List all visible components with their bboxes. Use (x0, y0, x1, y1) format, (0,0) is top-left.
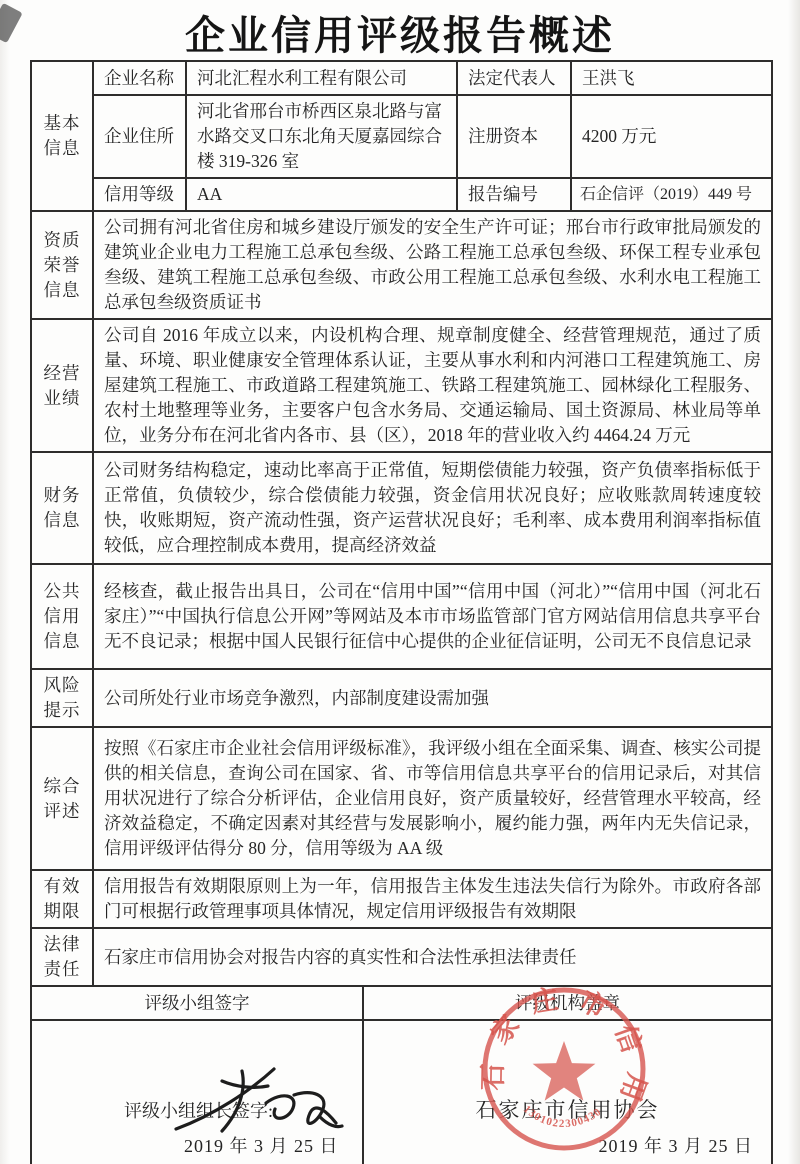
section-label-financial-info: 财务信息 (31, 452, 93, 564)
field-label-company-address: 企业住所 (93, 95, 186, 178)
field-value-company-address: 河北省邢台市桥西区泉北路与富水路交叉口东北角天厦嘉园综合楼 319-326 室 (186, 95, 457, 178)
section-label-validity-period: 有效期限 (31, 870, 93, 928)
table-row: 经营业绩 公司自 2016 年成立以来，内设机构合理、规章制度健全、经营管理规范… (31, 319, 772, 452)
section-label-business-performance: 经营业绩 (31, 319, 93, 452)
field-label-company-name: 企业名称 (93, 61, 186, 95)
field-label-credit-grade: 信用等级 (93, 178, 186, 211)
section-label-public-credit-info: 公共信用信息 (31, 564, 93, 669)
section-content-comprehensive-review: 按照《石家庄市企业社会信用评级标准》，我评级小组在全面采集、调查、核实公司提供的… (93, 727, 772, 870)
report-table: 基本信息 企业名称 河北汇程水利工程有限公司 法定代表人 王洪飞 企业住所 河北… (30, 60, 773, 1164)
table-row: 评级小组组长签字: 2019 年 3 月 25 日 石家庄市信用协会 2019 … (31, 1020, 772, 1164)
section-content-risk-warning: 公司所处行业市场竞争激烈，内部制度建设需加强 (93, 669, 772, 727)
section-content-public-credit-info: 经核查，截止报告出具日，公司在“信用中国”“信用中国（河北）”“信用中国（河北石… (93, 564, 772, 669)
section-content-business-performance: 公司自 2016 年成立以来，内设机构合理、规章制度健全、经营管理规范，通过了质… (93, 319, 772, 452)
section-content-validity-period: 信用报告有效期限原则上为一年，信用报告主体发生违法失信行为除外。市政府各部门可根… (93, 870, 772, 928)
scanned-report-page: 企业信用评级报告概述 基本信息 企业名称 河北汇程水利工程有限公司 法定代表人 … (0, 0, 800, 1164)
handwritten-signature (170, 1065, 345, 1137)
table-row: 风险提示 公司所处行业市场竞争激烈，内部制度建设需加强 (31, 669, 772, 727)
section-content-qualifications: 公司拥有河北省住房和城乡建设厅颁发的安全生产许可证；邢台市行政审批局颁发的建筑业… (93, 211, 772, 319)
seal-star-icon (533, 1041, 596, 1101)
table-row: 公共信用信息 经核查，截止报告出具日，公司在“信用中国”“信用中国（河北）”“信… (31, 564, 772, 669)
seal-registration-number: 1301022300430 (521, 1103, 604, 1130)
field-value-company-name: 河北汇程水利工程有限公司 (186, 61, 457, 95)
field-label-registered-capital: 注册资本 (457, 95, 571, 178)
team-signature-date: 2019 年 3 月 25 日 (184, 1134, 339, 1159)
section-label-risk-warning: 风险提示 (31, 669, 93, 727)
section-label-legal-liability: 法律责任 (31, 928, 93, 986)
field-label-report-number: 报告编号 (457, 178, 571, 211)
table-row: 企业住所 河北省邢台市桥西区泉北路与富水路交叉口东北角天厦嘉园综合楼 319-3… (31, 95, 772, 178)
section-content-legal-liability: 石家庄市信用协会对报告内容的真实性和合法性承担法律责任 (93, 928, 772, 986)
table-row: 评级小组签字 评级机构盖章 (31, 986, 772, 1020)
field-label-legal-representative: 法定代表人 (457, 61, 571, 95)
section-label-qualifications: 资质荣誉信息 (31, 211, 93, 319)
official-seal-stamp: 石家庄市信用协会 1301022300430 (472, 982, 656, 1158)
field-value-report-number: 石企信评（2019）449 号 (571, 178, 772, 211)
section-label-comprehensive-review: 综合评述 (31, 727, 93, 870)
team-leader-signature-cell: 评级小组组长签字: 2019 年 3 月 25 日 (31, 1020, 363, 1164)
rating-team-signature-header: 评级小组签字 (31, 986, 363, 1020)
section-label-basic-info: 基本信息 (31, 61, 93, 211)
field-value-credit-grade: AA (186, 178, 457, 211)
table-row: 有效期限 信用报告有效期限原则上为一年，信用报告主体发生违法失信行为除外。市政府… (31, 870, 772, 928)
table-row: 基本信息 企业名称 河北汇程水利工程有限公司 法定代表人 王洪飞 (31, 61, 772, 95)
table-row: 法律责任 石家庄市信用协会对报告内容的真实性和合法性承担法律责任 (31, 928, 772, 986)
page-title: 企业信用评级报告概述 (0, 4, 800, 61)
table-row: 综合评述 按照《石家庄市企业社会信用评级标准》，我评级小组在全面采集、调查、核实… (31, 727, 772, 870)
field-value-registered-capital: 4200 万元 (571, 95, 772, 178)
field-value-legal-representative: 王洪飞 (571, 61, 772, 95)
section-content-financial-info: 公司财务结构稳定，速动比率高于正常值，短期偿债能力较强，资产负债率指标低于正常值… (93, 452, 772, 564)
table-row: 信用等级 AA 报告编号 石企信评（2019）449 号 (31, 178, 772, 211)
table-row: 财务信息 公司财务结构稳定，速动比率高于正常值，短期偿债能力较强，资产负债率指标… (31, 452, 772, 564)
table-row: 资质荣誉信息 公司拥有河北省住房和城乡建设厅颁发的安全生产许可证；邢台市行政审批… (31, 211, 772, 319)
